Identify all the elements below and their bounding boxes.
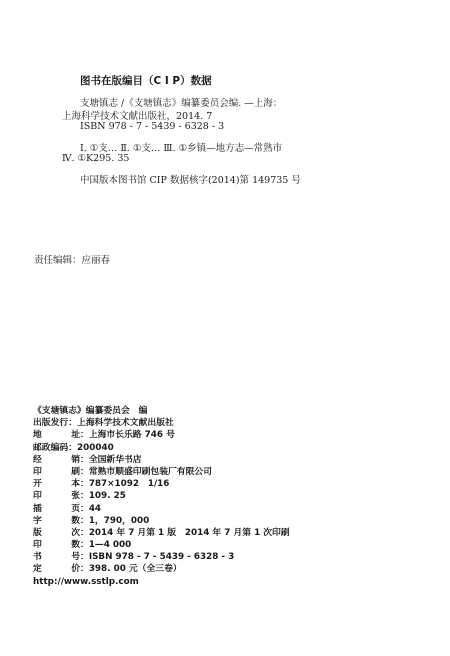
imprint-row: 开本：787×1092 1/16 <box>33 478 290 490</box>
imprint-row: 插页：44 <box>33 503 290 515</box>
cip-line-isbn: ISBN 978 - 7 - 5439 - 6328 - 3 <box>80 121 224 132</box>
imprint-row: 出版发行：上海科学技术文献出版社 <box>33 417 290 429</box>
cip-line-record-number: 中国版本图书馆 CIP 数据核字(2014)第 149735 号 <box>80 172 301 186</box>
imprint-row: 定价：398. 00 元（全三卷） <box>33 563 290 575</box>
cip-line-subjects: Ⅰ. ①支… Ⅱ. ①支… Ⅲ. ①乡镇—地方志—常熟市 <box>80 140 282 154</box>
imprint-compiler: 《支塘镇志》编纂委员会 编 <box>33 405 290 417</box>
imprint-row: 印刷：常熟市顺盛印刷包装厂有限公司 <box>33 466 290 478</box>
imprint-block: 《支塘镇志》编纂委员会 编 出版发行：上海科学技术文献出版社 地址：上海市长乐路… <box>33 405 290 588</box>
imprint-row: 印数：1—4 000 <box>33 539 290 551</box>
responsible-editor: 责任编辑：应丽春 <box>34 252 110 266</box>
imprint-row: 地址：上海市长乐路 746 号 <box>33 429 290 441</box>
cip-line-classification: Ⅳ. ①K295. 35 <box>62 153 129 164</box>
cip-title: 图书在版编目（C I P）数据 <box>80 73 212 88</box>
imprint-row: 字数：1，790，000 <box>33 515 290 527</box>
publisher-website[interactable]: http://www.sstlp.com <box>33 576 290 588</box>
cip-line-title-responsibility: 支塘镇志 /《支塘镇志》编纂委员会编. —上海： <box>80 95 282 109</box>
imprint-row: 版次：2014 年 7 月第 1 版 2014 年 7 月第 1 次印刷 <box>33 527 290 539</box>
imprint-row: 邮政编码：200040 <box>33 442 290 454</box>
imprint-row: 经销：全国新华书店 <box>33 454 290 466</box>
cip-line-publisher: 上海科学技术文献出版社，2014. 7 <box>62 108 212 122</box>
imprint-row: 印张：109. 25 <box>33 490 290 502</box>
imprint-row: 书号：ISBN 978 - 7 - 5439 - 6328 - 3 <box>33 551 290 563</box>
